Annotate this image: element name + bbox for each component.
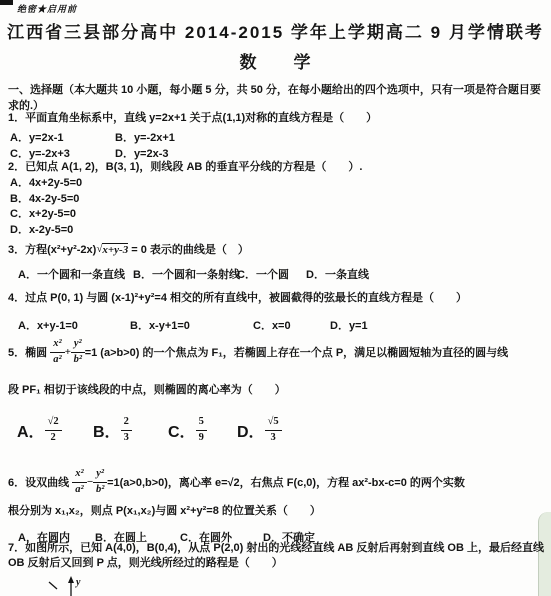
question-7-stem-line2: OB 反射后又回到 P 点，则光线所经过的路程是（ ） — [8, 557, 283, 570]
question-7-figure: y — [36, 575, 116, 596]
question-3-radicand: x+y-3 — [102, 243, 128, 256]
question-1-options-row1: A．y=2x-1 B．y=-2x+1 — [0, 129, 551, 145]
question-7-stem-line1: 7．如图所示，已知 A(4,0)，B(0,4)，从点 P(2,0) 射出的光线经… — [8, 542, 544, 555]
question-3-option-b: B．一个圆和一条射线 — [133, 266, 240, 282]
question-5-after: =1 (a>b>0) 的一个焦点为 F₁，若椭圆上存在一个点 P，满足以椭圆短轴… — [85, 344, 509, 360]
question-3-stem-pre: 3．方程(x²+y²-2x) — [8, 241, 96, 257]
question-3-stem: 3．方程(x²+y²-2x)√x+y-3 = 0 表示的曲线是（ ） — [8, 240, 249, 258]
light-ray-segment — [49, 582, 57, 589]
question-3-options-row: A．一个圆和一条直线 B．一个圆和一条射线 C．一个圆 D．一条直线 — [0, 266, 551, 282]
question-1-option-c: C．y=-2x+3 — [10, 145, 70, 161]
fraction-5-9: 59 — [196, 416, 207, 443]
fraction-sqrt2-2: √22 — [45, 416, 62, 443]
section-heading-line1: 一、选择题（本大题共 10 小题，每小题 5 分，共 50 分，在每小题给出的四… — [8, 84, 541, 97]
question-4-stem: 4．过点 P(0, 1) 与圆 (x-1)²+y²=4 相交的所有直线中，被圆截… — [8, 292, 467, 305]
question-5-option-b: B．23 — [93, 412, 132, 448]
question-2-option-d: D．x-2y-5=0 — [10, 224, 73, 237]
question-4-option-b: B．x-y+1=0 — [130, 317, 190, 333]
y-axis-label: y — [75, 577, 81, 588]
question-5-stem-line2: 段 PF₁ 相切于该线段的中点，则椭圆的离心率为（ ） — [8, 384, 286, 397]
y-axis-arrowhead — [68, 576, 74, 583]
question-4-options-row: A．x+y-1=0 B．x-y+1=0 C．x=0 D．y=1 — [0, 317, 551, 333]
question-1-option-b: B．y=-2x+1 — [115, 129, 175, 145]
subject-title: 数 学 — [0, 56, 551, 69]
question-4-option-d: D．y=1 — [330, 317, 368, 333]
scan-corner-artifact — [0, 0, 13, 5]
question-2-stem: 2．已知点 A(1, 2)，B(3, 1)，则线段 AB 的垂直平分线的方程是（… — [8, 161, 362, 174]
question-5-stem-line1: 5．椭圆 x²a²+y²b²=1 (a>b>0) 的一个焦点为 F₁，若椭圆上存… — [8, 334, 508, 370]
question-1-option-a: A．y=2x-1 — [10, 129, 64, 145]
question-5-lead: 5．椭圆 — [8, 344, 50, 360]
question-1-options-row2: C．y=-2x+3 D．y=2x-3 — [0, 145, 551, 161]
question-3-option-d: D．一条直线 — [306, 266, 369, 282]
question-4-option-a: A．x+y-1=0 — [18, 317, 78, 333]
classification-label: 绝密★启用前 — [17, 3, 77, 16]
question-3-option-c: C．一个圆 — [237, 266, 289, 282]
question-6-lead: 6．设双曲线 — [8, 474, 72, 490]
question-3-option-a: A．一个圆和一条直线 — [18, 266, 125, 282]
question-4-option-c: C．x=0 — [253, 317, 291, 333]
question-5-option-d: D．√53 — [237, 412, 282, 448]
exam-paper-page: { "header": { "classification": "绝密★启用前"… — [0, 0, 551, 596]
question-5-option-c: C．59 — [168, 412, 207, 448]
fraction-y2-b2: y²b² — [71, 338, 85, 365]
question-6-stem-line1: 6．设双曲线 x²a²−y²b²=1(a>0,b>0)，离心率 e=√2，右焦点… — [8, 463, 465, 501]
minus-operator: − — [87, 476, 94, 488]
fraction-sqrt5-3: √53 — [265, 416, 282, 443]
question-2-option-a: A．4x+2y-5=0 — [10, 177, 82, 190]
fraction-x2-a2-hyperbola: x²a² — [72, 468, 86, 495]
question-2-option-c: C．x+2y-5=0 — [10, 208, 76, 221]
question-1-stem: 1．平面直角坐标系中，直线 y=2x+1 关于点(1,1)对称的直线方程是（ ） — [8, 112, 377, 125]
question-2-option-b: B．4x-2y-5=0 — [10, 193, 79, 206]
question-5-options-row: A．√22 B．23 C．59 D．√53 — [0, 412, 551, 448]
question-5-option-a: A．√22 — [17, 412, 62, 448]
question-1-option-d: D．y=2x-3 — [115, 145, 169, 161]
fraction-x2-a2: x²a² — [50, 338, 64, 365]
fraction-2-3: 23 — [121, 416, 132, 443]
fraction-y2-b2-hyperbola: y²b² — [93, 468, 107, 495]
exam-title: 江西省三县部分高中 2014-2015 学年上学期高二 9 月学情联考 — [0, 26, 551, 39]
question-3-stem-post: = 0 表示的曲线是（ ） — [128, 241, 249, 257]
question-6-stem-line2: 根分别为 x₁,x₂，则点 P(x₁,x₂)与圆 x²+y²=8 的位置关系（ … — [8, 505, 321, 518]
question-6-after: =1(a>0,b>0)，离心率 e=√2，右焦点 F(c,0)，方程 ax²-b… — [107, 474, 465, 490]
